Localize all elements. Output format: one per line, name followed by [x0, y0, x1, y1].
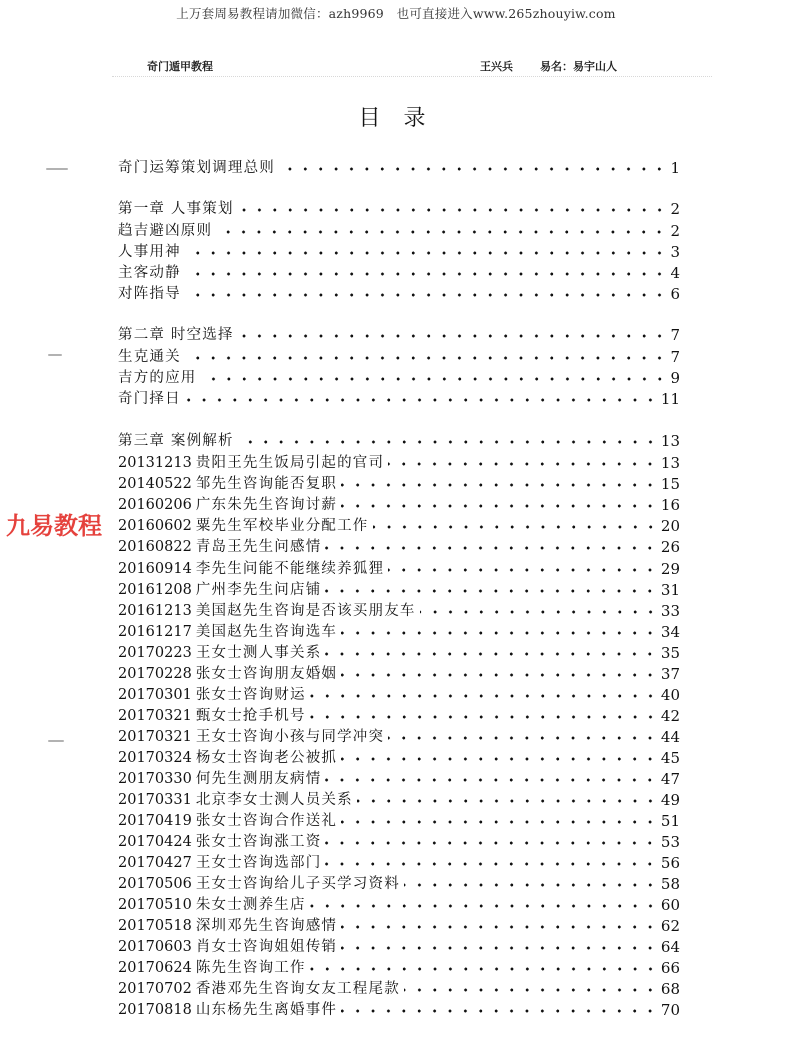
toc-entry-date: 20170603 — [118, 939, 192, 955]
toc-page-number: 68 — [661, 979, 680, 999]
toc-page-number: 16 — [661, 495, 680, 515]
toc-entry-date: 20170424 — [118, 834, 192, 850]
toc-entry-text: 主客动静 — [118, 265, 181, 281]
toc-page-number: 29 — [661, 559, 680, 579]
toc-entry-title: 20170228张女士咨询朋友婚姻 — [118, 664, 337, 684]
toc-entry-title: 20160602粟先生军校毕业分配工作 — [118, 516, 369, 536]
dot-leader — [341, 748, 659, 768]
dot-leader — [325, 580, 658, 600]
toc-entry[interactable]: 奇门运筹策划调理总则1 — [118, 158, 680, 178]
toc-entry-date: 20161208 — [118, 582, 192, 598]
toc-entry[interactable]: 对阵指导6 — [118, 284, 680, 304]
toc-page-number: 2 — [670, 199, 680, 219]
toc-page-number: 2 — [670, 221, 680, 241]
toc-page-number: 49 — [661, 790, 680, 810]
toc-entry-text: 邹先生咨询能否复职 — [196, 476, 337, 492]
toc-entry-text: 何先生测朋友病情 — [196, 771, 322, 787]
toc-entry-title: 20170419张女士咨询合作送礼 — [118, 811, 337, 831]
toc-entry-text: 广东朱先生咨询讨薪 — [196, 497, 337, 513]
toc-entry-text: 人事用神 — [118, 244, 181, 260]
toc-entry-title: 20170330何先生测朋友病情 — [118, 769, 321, 789]
toc-entry-date: 20170624 — [118, 960, 192, 976]
toc-page-number: 53 — [661, 832, 680, 852]
toc-entry-text: 张女士咨询朋友婚姻 — [196, 666, 337, 682]
toc-entry-title: 20170506王女士咨询给儿子买学习资料 — [118, 874, 400, 894]
toc-page-number: 51 — [661, 811, 680, 831]
toc-entry[interactable]: 人事用神3 — [118, 242, 680, 262]
toc-entry-title: 20170818山东杨先生离婚事件 — [118, 1000, 337, 1020]
toc-entry-text: 肖女士咨询姐姐传销 — [196, 939, 337, 955]
dot-leader — [185, 347, 668, 367]
toc-entry-title: 20160822青岛王先生问感情 — [118, 537, 321, 557]
toc-entry-title: 20170624陈先生咨询工作 — [118, 958, 306, 978]
toc-entry-text: 王女士咨询给儿子买学习资料 — [196, 876, 400, 892]
toc-entry[interactable]: 20170228张女士咨询朋友婚姻37 — [118, 664, 680, 684]
toc-entry-text: 甄女士抢手机号 — [196, 708, 306, 724]
toc-entry[interactable]: 趋吉避凶原则2 — [118, 221, 680, 241]
toc-entry-date: 20170818 — [118, 1002, 192, 1018]
dot-leader — [341, 495, 659, 515]
toc-entry[interactable]: 20170424张女士咨询涨工资53 — [118, 832, 680, 852]
toc-page-number: 9 — [670, 368, 680, 388]
dot-leader — [325, 537, 658, 557]
dot-leader — [357, 790, 659, 810]
dot-leader — [341, 474, 659, 494]
toc-entry-date: 20161213 — [118, 603, 192, 619]
toc-entry[interactable]: 20170321王女士咨询小孩与同学冲突44 — [118, 727, 680, 747]
toc-page-number: 42 — [661, 706, 680, 726]
dot-leader — [388, 727, 659, 747]
toc-entry-title: 奇门运筹策划调理总则 — [118, 158, 275, 178]
dot-leader — [185, 284, 668, 304]
toc-entry[interactable]: 20170223王女士测人事关系35 — [118, 643, 680, 663]
toc-entry-date: 20170427 — [118, 855, 192, 871]
toc-entry-title: 20170424张女士咨询涨工资 — [118, 832, 321, 852]
toc-entry[interactable]: 20170419张女士咨询合作送礼51 — [118, 811, 680, 831]
toc-entry-title: 20161208广州李先生问店铺 — [118, 580, 321, 600]
toc-entry-title: 第一章 人事策划 — [118, 199, 234, 219]
toc-entry-date: 20160602 — [118, 518, 192, 534]
dot-leader — [325, 832, 658, 852]
toc-page-number: 62 — [661, 916, 680, 936]
toc-entry-title: 生克通关 — [118, 347, 181, 367]
toc-entry[interactable]: 20140522邹先生咨询能否复职15 — [118, 474, 680, 494]
dot-leader — [404, 874, 659, 894]
dot-leader — [238, 325, 668, 345]
toc-entry-text: 对阵指导 — [118, 286, 181, 302]
toc-entry-date: 20170510 — [118, 897, 192, 913]
toc-entry-text: 王女士测人事关系 — [196, 645, 322, 661]
dot-leader — [341, 811, 659, 831]
toc-entry[interactable]: 20161217美国赵先生咨询选车34 — [118, 622, 680, 642]
toc-entry-title: 20170427王女士咨询选部门 — [118, 853, 321, 873]
dot-leader — [201, 368, 669, 388]
toc-page-number: 35 — [661, 643, 680, 663]
toc-entry-date: 20170331 — [118, 792, 192, 808]
page-title: 目 录 — [0, 101, 792, 132]
toc-page-number: 13 — [661, 431, 680, 451]
toc-entry-date: 20170223 — [118, 645, 192, 661]
toc-page-number: 26 — [661, 537, 680, 557]
toc-entry-title: 20161217美国赵先生咨询选车 — [118, 622, 337, 642]
toc-entry[interactable]: 20170624陈先生咨询工作66 — [118, 958, 680, 978]
toc-entry-date: 20160914 — [118, 561, 192, 577]
dot-leader — [341, 916, 659, 936]
toc-entry-date: 20160822 — [118, 539, 192, 555]
toc-page-number: 34 — [661, 622, 680, 642]
toc-entry-text: 吉方的应用 — [118, 370, 197, 386]
toc-entry-date: 20170330 — [118, 771, 192, 787]
scan-artifact-mark — [46, 168, 68, 170]
toc-entry[interactable]: 20131213贵阳王先生饭局引起的官司13 — [118, 453, 680, 473]
toc-page-number: 40 — [661, 685, 680, 705]
toc-entry-text: 杨女士咨询老公被抓 — [196, 750, 337, 766]
toc-entry[interactable]: 20170510朱女士测养生店60 — [118, 895, 680, 915]
dot-leader — [185, 242, 668, 262]
toc-entry-title: 吉方的应用 — [118, 368, 197, 388]
toc-page-number: 11 — [661, 389, 680, 409]
toc-entry-title: 20160206广东朱先生咨询讨薪 — [118, 495, 337, 515]
toc-entry-title: 20170702香港邓先生咨询女友工程尾款 — [118, 979, 400, 999]
dot-leader — [325, 853, 658, 873]
toc-entry[interactable]: 20170324杨女士咨询老公被抓45 — [118, 748, 680, 768]
toc-page-number: 56 — [661, 853, 680, 873]
toc-entry[interactable]: 20170518深圳邓先生咨询感情62 — [118, 916, 680, 936]
toc-page-number: 6 — [670, 284, 680, 304]
toc-page-number: 7 — [670, 325, 680, 345]
dot-leader — [310, 895, 659, 915]
toc-entry[interactable]: 20161213美国赵先生咨询是否该买朋友车33 — [118, 601, 680, 621]
toc-entry-text: 香港邓先生咨询女友工程尾款 — [196, 981, 400, 997]
toc-entry[interactable]: 20160602粟先生军校毕业分配工作20 — [118, 516, 680, 536]
toc-entry-title: 对阵指导 — [118, 284, 181, 304]
toc-entry-date: 20170506 — [118, 876, 192, 892]
dot-leader — [310, 706, 659, 726]
toc-entry-text: 张女士咨询合作送礼 — [196, 813, 337, 829]
toc-entry-text: 朱女士测养生店 — [196, 897, 306, 913]
toc-entry[interactable]: 生克通关7 — [118, 347, 680, 367]
toc-entry-text: 奇门择日 — [118, 391, 181, 407]
dot-leader — [279, 158, 668, 178]
toc-entry-text: 第三章 案例解析 — [118, 433, 234, 449]
toc-entry-date: 20170702 — [118, 981, 192, 997]
toc-entry-text: 北京李女士测人员关系 — [196, 792, 353, 808]
toc-entry[interactable]: 第三章 案例解析13 — [118, 431, 680, 451]
download-banner: 上万套周易教程请加微信：azh9969 也可直接进入www.265zhouyiw… — [0, 4, 792, 22]
toc-entry[interactable]: 主客动静4 — [118, 263, 680, 283]
toc-entry-text: 李先生问能不能继续养狐狸 — [196, 561, 384, 577]
toc-page-number: 64 — [661, 937, 680, 957]
toc-entry-date: 20160206 — [118, 497, 192, 513]
dot-leader — [420, 601, 659, 621]
toc-page-number: 33 — [661, 601, 680, 621]
book-title: 奇门遁甲教程 — [147, 58, 213, 74]
toc-entry-text: 山东杨先生离婚事件 — [196, 1002, 337, 1018]
toc-entry-text: 王女士咨询小孩与同学冲突 — [196, 729, 384, 745]
toc-entry-date: 20170301 — [118, 687, 192, 703]
toc-entry-title: 20160914李先生问能不能继续养狐狸 — [118, 559, 384, 579]
toc-entry-title: 第二章 时空选择 — [118, 325, 234, 345]
toc-entry-text: 王女士咨询选部门 — [196, 855, 322, 871]
toc-entry[interactable]: 20170331北京李女士测人员关系49 — [118, 790, 680, 810]
dot-leader — [185, 389, 659, 409]
toc-entry[interactable]: 20170818山东杨先生离婚事件70 — [118, 1000, 680, 1020]
toc-entry[interactable]: 20170301张女士咨询财运40 — [118, 685, 680, 705]
scan-artifact-mark — [48, 740, 64, 742]
toc-entry[interactable]: 20160822青岛王先生问感情26 — [118, 537, 680, 557]
dot-leader — [341, 622, 659, 642]
running-header: 奇门遁甲教程 王兴兵 易名：易宇山人 — [0, 58, 792, 78]
toc-entry-text: 美国赵先生咨询选车 — [196, 624, 337, 640]
dot-leader — [185, 263, 668, 283]
dot-leader — [388, 453, 659, 473]
scan-artifact-mark — [48, 354, 62, 356]
toc-page-number: 45 — [661, 748, 680, 768]
toc-entry[interactable]: 20170702香港邓先生咨询女友工程尾款68 — [118, 979, 680, 999]
toc-entry-title: 20170301张女士咨询财运 — [118, 685, 306, 705]
toc-entry-text: 深圳邓先生咨询感情 — [196, 918, 337, 934]
toc-entry[interactable]: 20170427王女士咨询选部门56 — [118, 853, 680, 873]
dot-leader — [341, 937, 659, 957]
toc-entry[interactable]: 20170321甄女士抢手机号42 — [118, 706, 680, 726]
toc-page-number: 7 — [670, 347, 680, 367]
toc-entry-text: 第二章 时空选择 — [118, 327, 234, 343]
toc-entry-text: 第一章 人事策划 — [118, 201, 234, 217]
toc-page-number: 13 — [661, 453, 680, 473]
toc-page-number: 1 — [670, 158, 680, 178]
dot-leader — [341, 1000, 659, 1020]
toc-page-number: 60 — [661, 895, 680, 915]
toc-page-number: 15 — [661, 474, 680, 494]
toc-entry[interactable]: 第一章 人事策划2 — [118, 199, 680, 219]
toc-entry-date: 20170321 — [118, 729, 192, 745]
toc-entry[interactable]: 20170506王女士咨询给儿子买学习资料58 — [118, 874, 680, 894]
toc-entry-title: 20170518深圳邓先生咨询感情 — [118, 916, 337, 936]
toc-page-number: 58 — [661, 874, 680, 894]
toc-entry-date: 20140522 — [118, 476, 192, 492]
dot-leader — [216, 221, 668, 241]
toc-entry-text: 张女士咨询财运 — [196, 687, 306, 703]
toc-entry-title: 20170603肖女士咨询姐姐传销 — [118, 937, 337, 957]
toc-entry-date: 20170324 — [118, 750, 192, 766]
toc-entry-title: 20170331北京李女士测人员关系 — [118, 790, 353, 810]
toc-entry[interactable]: 第二章 时空选择7 — [118, 325, 680, 345]
toc-entry-title: 20161213美国赵先生咨询是否该买朋友车 — [118, 601, 416, 621]
dot-leader — [325, 643, 658, 663]
toc-entry-title: 20170324杨女士咨询老公被抓 — [118, 748, 337, 768]
toc-page-number: 47 — [661, 769, 680, 789]
toc-entry-date: 20161217 — [118, 624, 192, 640]
toc-entry-text: 生克通关 — [118, 349, 181, 365]
toc-entry-text: 贵阳王先生饭局引起的官司 — [196, 455, 384, 471]
toc-page-number: 20 — [661, 516, 680, 536]
toc-entry[interactable]: 20161208广州李先生问店铺31 — [118, 580, 680, 600]
toc-page-number: 44 — [661, 727, 680, 747]
dot-leader — [238, 431, 659, 451]
toc-page-number: 4 — [670, 263, 680, 283]
dot-leader — [388, 559, 659, 579]
toc-entry[interactable]: 20170603肖女士咨询姐姐传销64 — [118, 937, 680, 957]
dot-leader — [325, 769, 658, 789]
toc-entry[interactable]: 奇门择日11 — [118, 389, 680, 409]
watermark-logo: 九易教程 — [6, 506, 102, 541]
toc-entry-title: 20170321甄女士抢手机号 — [118, 706, 306, 726]
toc-entry[interactable]: 吉方的应用9 — [118, 368, 680, 388]
toc-entry-text: 趋吉避凶原则 — [118, 223, 212, 239]
toc-entry-title: 20170510朱女士测养生店 — [118, 895, 306, 915]
dot-leader — [310, 685, 659, 705]
header-divider — [112, 76, 712, 77]
toc-entry-title: 趋吉避凶原则 — [118, 221, 212, 241]
toc-page-number: 3 — [670, 242, 680, 262]
toc-entry-title: 20170223王女士测人事关系 — [118, 643, 321, 663]
toc-entry-text: 奇门运筹策划调理总则 — [118, 160, 275, 176]
dot-leader — [341, 664, 659, 684]
toc-entry-text: 张女士咨询涨工资 — [196, 834, 322, 850]
toc-entry[interactable]: 20170330何先生测朋友病情47 — [118, 769, 680, 789]
toc-entry-text: 陈先生咨询工作 — [196, 960, 306, 976]
toc-entry-title: 20170321王女士咨询小孩与同学冲突 — [118, 727, 384, 747]
dot-leader — [404, 979, 659, 999]
toc-entry-date: 20170419 — [118, 813, 192, 829]
toc-entry-text: 美国赵先生咨询是否该买朋友车 — [196, 603, 416, 619]
dot-leader — [238, 199, 668, 219]
toc-entry-text: 粟先生军校毕业分配工作 — [196, 518, 369, 534]
toc-entry-date: 20131213 — [118, 455, 192, 471]
toc-entry-title: 20131213贵阳王先生饭局引起的官司 — [118, 453, 384, 473]
toc-entry-title: 人事用神 — [118, 242, 181, 262]
toc-entry[interactable]: 20160206广东朱先生咨询讨薪16 — [118, 495, 680, 515]
toc-entry-date: 20170228 — [118, 666, 192, 682]
toc-entry-date: 20170321 — [118, 708, 192, 724]
toc-entry[interactable]: 20160914李先生问能不能继续养狐狸29 — [118, 559, 680, 579]
toc-page-number: 66 — [661, 958, 680, 978]
toc-page-number: 37 — [661, 664, 680, 684]
author-name: 王兴兵 — [480, 58, 513, 74]
toc-entry-title: 第三章 案例解析 — [118, 431, 234, 451]
toc-page-number: 70 — [661, 1000, 680, 1020]
dot-leader — [373, 516, 659, 536]
dot-leader — [310, 958, 659, 978]
toc-entry-date: 20170518 — [118, 918, 192, 934]
toc-entry-text: 青岛王先生问感情 — [196, 539, 322, 555]
toc-entry-title: 20140522邹先生咨询能否复职 — [118, 474, 337, 494]
toc-page-number: 31 — [661, 580, 680, 600]
author-pen-name: 易名：易宇山人 — [540, 58, 617, 74]
toc-entry-text: 广州李先生问店铺 — [196, 582, 322, 598]
toc-entry-title: 主客动静 — [118, 263, 181, 283]
toc-entry-title: 奇门择日 — [118, 389, 181, 409]
